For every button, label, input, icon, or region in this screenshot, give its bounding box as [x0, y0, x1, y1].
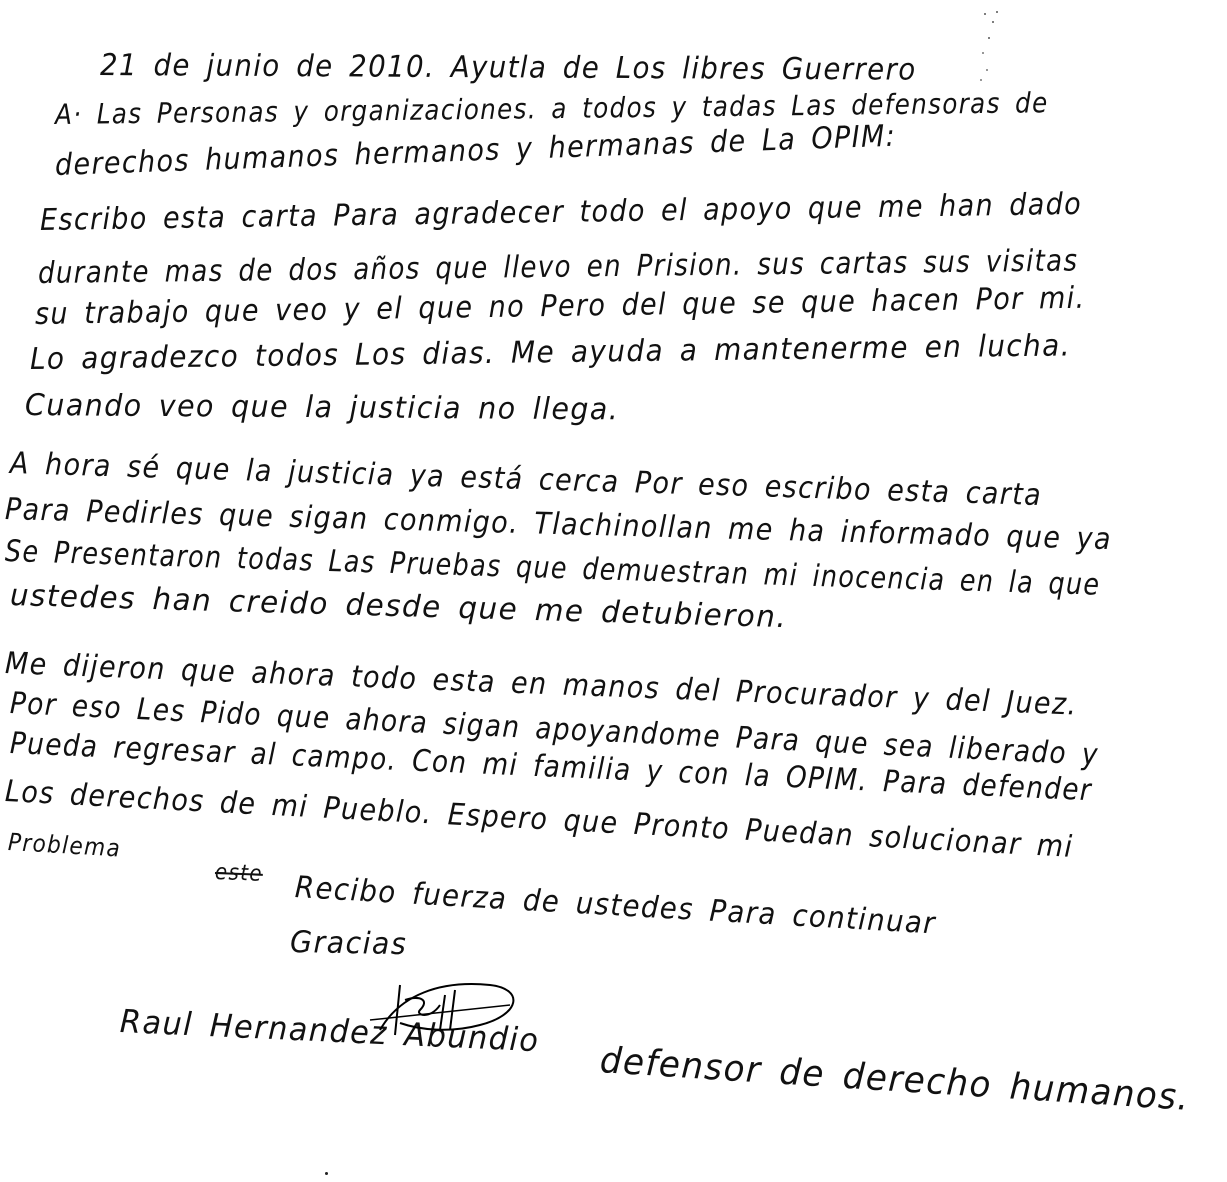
handwritten-signature-scribble — [360, 975, 530, 1045]
letter-date-line: 21 de junio de 2010. Ayutla de Los libre… — [100, 48, 917, 88]
signature-title: defensor de derecho humanos. — [599, 1040, 1191, 1119]
struck-out-word: este — [215, 860, 264, 887]
scan-speck — [325, 1172, 328, 1175]
scan-artifact-marks — [975, 8, 1005, 88]
closing-gracias: Gracias — [290, 925, 408, 962]
salutation-line-1: A· Las Personas y organizaciones. a todo… — [55, 86, 1049, 131]
paragraph-3-line-5: Problema — [7, 828, 121, 863]
paragraph-1-line-4: Lo agradezco todos Los dias. Me ayuda a … — [30, 328, 1071, 377]
paragraph-1-line-1: Escribo esta carta Para agradecer todo e… — [40, 187, 1082, 238]
paragraph-1-line-5: Cuando veo que la justicia no llega. — [25, 388, 619, 427]
handwritten-letter-page: 21 de junio de 2010. Ayutla de Los libre… — [0, 0, 1227, 1182]
